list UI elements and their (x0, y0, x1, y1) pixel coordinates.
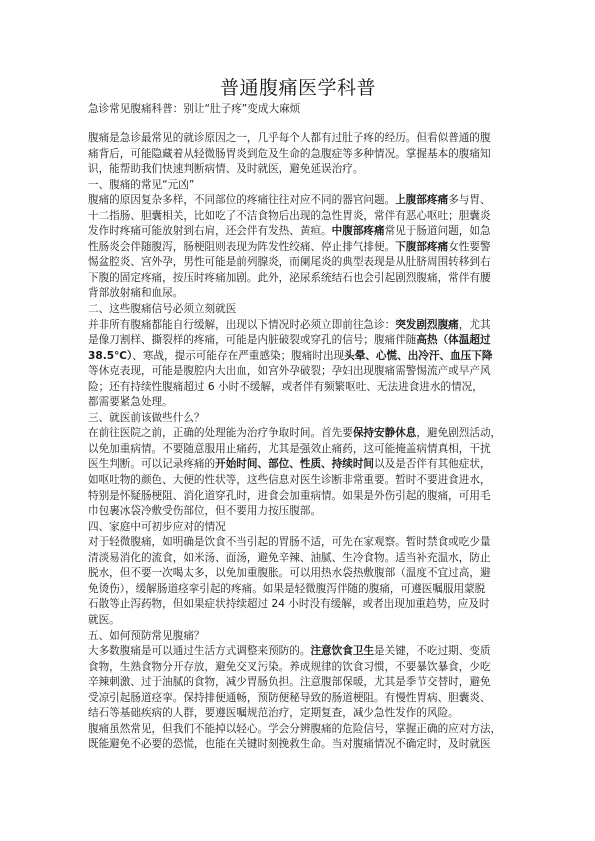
text-run: 并非所有腹痛都能自行缓解，出现以下情况时必须立即前往急诊： (88, 319, 395, 331)
text-run: 女性要警 (448, 241, 490, 253)
text-line: 就医。 (88, 613, 518, 629)
text-line: 十二指肠、胆囊相关，比如吃了不洁食物后出现的急性胃炎，常伴有恶心呕吐；胆囊炎 (88, 209, 518, 225)
text-run: 腹痛虽然常见，但我们不能掉以轻心。学会分辨腹痛的危险信号，掌握正确的应对方法， (88, 723, 501, 735)
text-run: 特别是怀疑肠梗阻、消化道穿孔时，进食会加重病情。如果是外伤引起的腹痛，可用毛 (88, 490, 491, 502)
text-run: 常见于肠道问题，如急 (385, 225, 491, 237)
text-line: 是像刀割样、撕裂样的疼痛，可能是内脏破裂或穿孔的信号；腹痛伴随高热（体温超过 (88, 333, 518, 349)
text-run: 一、腹痛的常见“元凶” (88, 179, 194, 191)
text-run: 惕盆腔炎、宫外孕，男性可能是前列腺炎，而阑尾炎的典型表现是从肚脐周围转移到右 (88, 256, 491, 268)
text-run: 如呕吐物的颜色、大便的性状等，这些信息对医生诊断非常重要。暂时不要进食进水， (88, 474, 491, 486)
text-line: 发作时疼痛可能放射到右肩，还会伴有发热、黄疸。中腹部疼痛常见于肠道问题，如急 (88, 224, 518, 240)
text-line: 受凉引起肠道痉挛。保持排便通畅，预防便秘导致的肠道梗阻。有慢性胃病、胆囊炎、 (88, 691, 518, 707)
text-line: 脱水，但不要一次喝太多，以免加重腹胀。可以用热水袋热敷腹部（温度不宜过高，避 (88, 566, 518, 582)
text-run: 险；还有持续性腹痛超过 6 小时不缓解，或者伴有频繁呕吐、无法进食进水的情况， (88, 381, 483, 393)
text-run: ，尤其 (459, 319, 491, 331)
text-line: 对于轻微腹痛，如明确是饮食不当引起的胃肠不适，可先在家观察。暂时禁食或吃少量 (88, 535, 518, 551)
text-line: 二、这些腹痛信号必须立刻就医 (88, 302, 518, 318)
text-run: 、寒战，提示可能存在严重感染；腹痛时出现 (132, 350, 344, 362)
bold-text: 保持安静休息 (353, 427, 417, 439)
text-line: 险；还有持续性腹痛超过 6 小时不缓解，或者伴有频繁呕吐、无法进食进水的情况， (88, 380, 518, 396)
text-run: 下腹的固定疼痛，按压时疼痛加剧。此外，泌尿系统结石也会引起剧烈腹痛，常伴有腰 (88, 272, 491, 284)
text-line: 在前往医院之前，正确的处理能为治疗争取时间。首先要保持安静休息，避免剧烈活动， (88, 426, 518, 442)
text-run: 痛背后，可能隐藏着从轻微肠胃炎到危及生命的急腹症等多种情况。掌握基本的腹痛知 (88, 148, 491, 160)
text-run: 腹痛的原因复杂多样，不同部位的疼痛往往对应不同的器官问题。 (88, 194, 395, 206)
text-line: 特别是怀疑肠梗阻、消化道穿孔时，进食会加重病情。如果是外伤引起的腹痛，可用毛 (88, 489, 518, 505)
text-run: 是关键，不吃过期、变质 (374, 645, 491, 657)
text-run: 石散等止泻药物，但如果症状持续超过 24 小时没有缓解，或者出现加重趋势，应及时 (88, 598, 490, 610)
text-run: 三、就医前该做些什么？ (88, 412, 205, 424)
text-run: 二、这些腹痛信号必须立刻就医 (88, 303, 236, 315)
text-line: 既能避免不必要的恐慌，也能在关键时刻挽救生命。当对腹痛情况不确定时，及时就医 (88, 737, 518, 753)
text-run: 是像刀割样、撕裂样的疼痛，可能是内脏破裂或穿孔的信号；腹痛伴随 (88, 334, 416, 346)
text-run: 多与胃、 (448, 194, 490, 206)
bold-text: 上腹部疼痛 (395, 194, 448, 206)
bold-text: 突发剧烈腹痛 (395, 319, 459, 331)
text-line: 大多数腹痛是可以通过生活方式调整来预防的。注意饮食卫生是关键，不吃过期、变质 (88, 644, 518, 660)
text-run: 都需要紧急处理。 (88, 396, 173, 408)
text-line: 性肠炎会伴随腹泻，肠梗阻则表现为阵发性绞痛、停止排气排便。下腹部疼痛女性要警 (88, 240, 518, 256)
text-run: 腹痛是急诊最常见的就诊原因之一，几乎每个人都有过肚子疼的经历。但看似普通的腹 (88, 132, 491, 144)
page-title: 普通腹痛医学科普 (88, 76, 508, 100)
text-run: 辛辣刺激、过于油腻的食物，减少胃肠负担。注意腹部保暖，尤其是季节交替时，避免 (88, 676, 491, 688)
bold-text: 下腹部疼痛 (395, 241, 448, 253)
text-line: 以免加重病情。不要随意服用止痛药，尤其是强效止痛药，这可能掩盖病情真相，干扰 (88, 442, 518, 458)
text-line: 识，能帮助我们快速判断病情、及时就医，避免延误治疗。 (88, 162, 518, 178)
text-run: 五、如何预防常见腹痛？ (88, 630, 205, 642)
text-run: 食物，生熟食物分开存放，避免交叉污染。养成规律的饮食习惯，不要暴饮暴食，少吃 (88, 661, 491, 673)
text-line: 如呕吐物的颜色、大便的性状等，这些信息对医生诊断非常重要。暂时不要进食进水， (88, 473, 518, 489)
text-run: 清淡易消化的流食，如米汤、面汤，避免辛辣、油腻、生冷食物。适当补充温水，防止 (88, 552, 491, 564)
text-run: 以及是否伴有其他症状， (374, 458, 491, 470)
text-line: 38.5℃）、寒战，提示可能存在严重感染；腹痛时出现头晕、心慌、出冷汗、血压下降 (88, 349, 518, 365)
article-body: 腹痛是急诊最常见的就诊原因之一，几乎每个人都有过肚子疼的经历。但看似普通的腹痛背… (88, 131, 518, 753)
text-run: 受凉引起肠道痉挛。保持排便通畅，预防便秘导致的肠道梗阻。有慢性胃病、胆囊炎、 (88, 692, 491, 704)
text-run: 医生判断。可以记录疼痛的 (88, 458, 215, 470)
text-line: 等休克表现，可能是腹腔内大出血，如宫外孕破裂；孕妇出现腹痛需警惕流产或早产风 (88, 364, 518, 380)
text-run: ，避免剧烈活动， (416, 427, 501, 439)
text-run: 免烫伤），缓解肠道痉挛引起的疼痛。如果是轻微腹泻伴随的腹痛，可遵医嘱服用蒙脱 (88, 583, 485, 595)
text-line: 并非所有腹痛都能自行缓解，出现以下情况时必须立即前往急诊：突发剧烈腹痛，尤其 (88, 318, 518, 334)
text-line: 清淡易消化的流食，如米汤、面汤，避免辛辣、油腻、生冷食物。适当补充温水，防止 (88, 551, 518, 567)
text-line: 结石等基础疾病的人群，要遵医嘱规范治疗，定期复查，减少急性发作的风险。 (88, 706, 518, 722)
text-line: 辛辣刺激、过于油腻的食物，减少胃肠负担。注意腹部保暖，尤其是季节交替时，避免 (88, 675, 518, 691)
text-line: 免烫伤），缓解肠道痉挛引起的疼痛。如果是轻微腹泻伴随的腹痛，可遵医嘱服用蒙脱 (88, 582, 518, 598)
page-subtitle: 急诊常见腹痛科普：别让“肚子疼”变成大麻烦 (88, 102, 300, 118)
text-line: 医生判断。可以记录疼痛的开始时间、部位、性质、持续时间以及是否伴有其他症状， (88, 457, 518, 473)
bold-text: 高热（体温超过 (416, 334, 490, 346)
text-run: 对于轻微腹痛，如明确是饮食不当引起的胃肠不适，可先在家观察。暂时禁食或吃少量 (88, 536, 491, 548)
bold-text: 中腹部疼痛 (332, 225, 385, 237)
text-run: 就医。 (88, 614, 120, 626)
text-run: 等休克表现，可能是腹腔内大出血，如宫外孕破裂；孕妇出现腹痛需警惕流产或早产风 (88, 365, 491, 377)
bold-text: 开始时间、部位、性质、持续时间 (215, 458, 374, 470)
text-run: 在前往医院之前，正确的处理能为治疗争取时间。首先要 (88, 427, 353, 439)
text-line: 惕盆腔炎、宫外孕，男性可能是前列腺炎，而阑尾炎的典型表现是从肚脐周围转移到右 (88, 255, 518, 271)
text-line: 五、如何预防常见腹痛？ (88, 629, 518, 645)
text-line: 都需要紧急处理。 (88, 395, 518, 411)
text-run: 以免加重病情。不要随意服用止痛药，尤其是强效止痛药，这可能掩盖病情真相，干扰 (88, 443, 491, 455)
bold-text: 38.5℃） (88, 350, 132, 362)
text-line: 四、家庭中可初步应对的情况 (88, 520, 518, 536)
text-line: 痛背后，可能隐藏着从轻微肠胃炎到危及生命的急腹症等多种情况。掌握基本的腹痛知 (88, 147, 518, 163)
text-run: 背部放射痛和血尿。 (88, 287, 183, 299)
text-line: 下腹的固定疼痛，按压时疼痛加剧。此外，泌尿系统结石也会引起剧烈腹痛，常伴有腰 (88, 271, 518, 287)
text-run: 性肠炎会伴随腹泻，肠梗阻则表现为阵发性绞痛、停止排气排便。 (88, 241, 395, 253)
text-line: 腹痛的原因复杂多样，不同部位的疼痛往往对应不同的器官问题。上腹部疼痛多与胃、 (88, 193, 518, 209)
text-run: 结石等基础疾病的人群，要遵医嘱规范治疗，定期复查，减少急性发作的风险。 (88, 707, 459, 719)
bold-text: 头晕、心慌、出冷汗、血压下降 (344, 350, 492, 362)
text-run: 既能避免不必要的恐慌，也能在关键时刻挽救生命。当对腹痛情况不确定时，及时就医 (88, 738, 491, 750)
text-run: 巾包裹冰袋冷敷受伤部位，但不要用力按压腹部。 (88, 505, 321, 517)
text-line: 腹痛是急诊最常见的就诊原因之一，几乎每个人都有过肚子疼的经历。但看似普通的腹 (88, 131, 518, 147)
bold-text: 注意饮食卫生 (310, 645, 374, 657)
text-line: 背部放射痛和血尿。 (88, 286, 518, 302)
text-run: 脱水，但不要一次喝太多，以免加重腹胀。可以用热水袋热敷腹部（温度不宜过高，避 (88, 567, 491, 579)
text-run: 四、家庭中可初步应对的情况 (88, 521, 226, 533)
text-line: 三、就医前该做些什么？ (88, 411, 518, 427)
text-run: 十二指肠、胆囊相关，比如吃了不洁食物后出现的急性胃炎，常伴有恶心呕吐；胆囊炎 (88, 210, 491, 222)
text-run: 发作时疼痛可能放射到右肩，还会伴有发热、黄疸。 (88, 225, 332, 237)
text-line: 巾包裹冰袋冷敷受伤部位，但不要用力按压腹部。 (88, 504, 518, 520)
text-line: 食物，生熟食物分开存放，避免交叉污染。养成规律的饮食习惯，不要暴饮暴食，少吃 (88, 660, 518, 676)
text-run: 识，能帮助我们快速判断病情、及时就医，避免延误治疗。 (88, 163, 363, 175)
text-line: 石散等止泻药物，但如果症状持续超过 24 小时没有缓解，或者出现加重趋势，应及时 (88, 597, 518, 613)
text-line: 腹痛虽然常见，但我们不能掉以轻心。学会分辨腹痛的危险信号，掌握正确的应对方法， (88, 722, 518, 738)
text-line: 一、腹痛的常见“元凶” (88, 178, 518, 194)
text-run: 大多数腹痛是可以通过生活方式调整来预防的。 (88, 645, 310, 657)
